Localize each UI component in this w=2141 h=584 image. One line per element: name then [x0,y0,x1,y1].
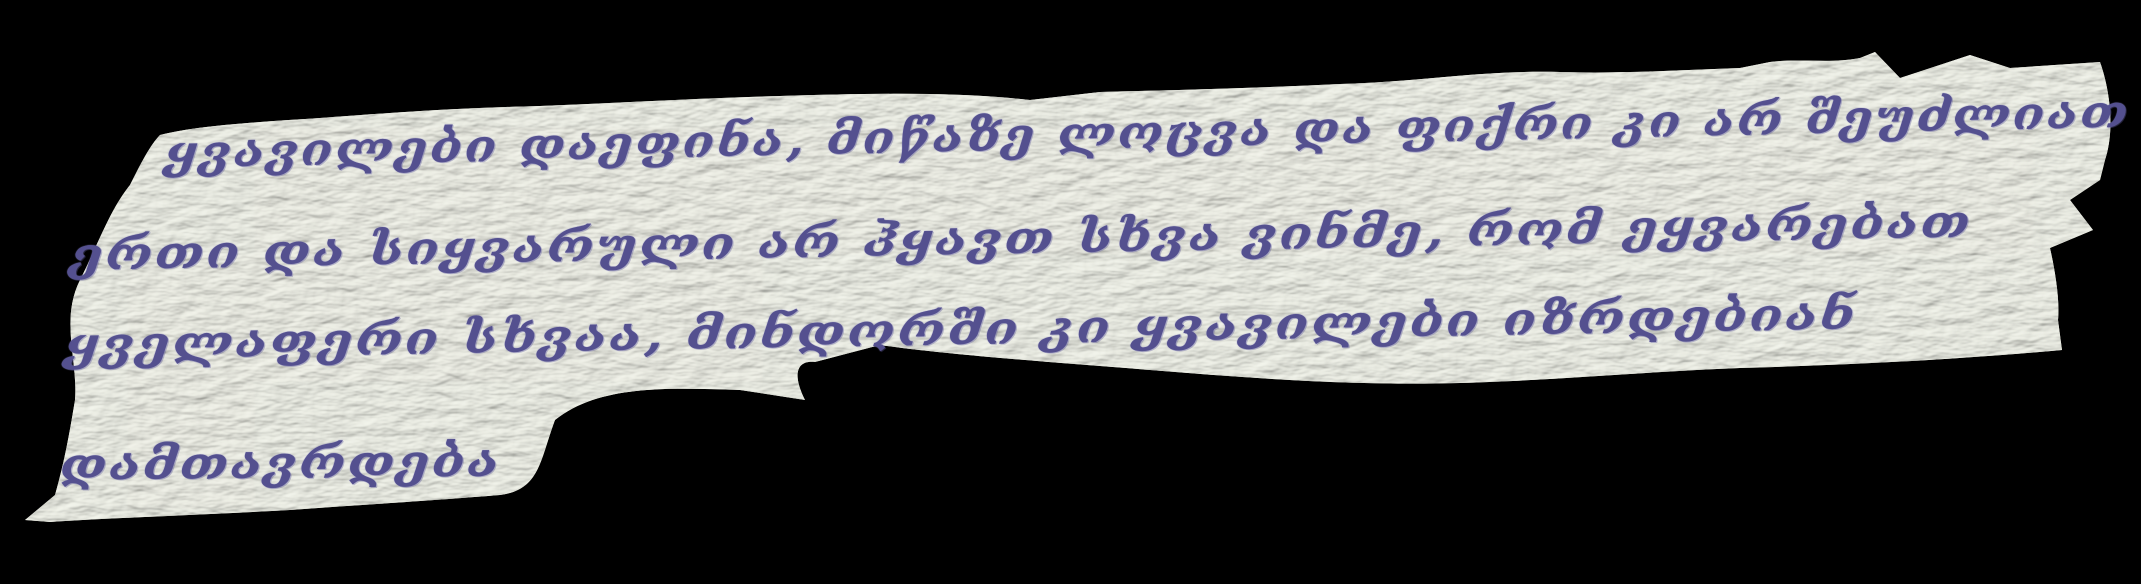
black-background: ყვავილები დაეფინა, მიწაზე ლოცვა და ფიქრი… [0,0,2141,584]
handwritten-line-1: ყვავილები დაეფინა, მიწაზე ლოცვა და ფიქრი… [164,87,2130,179]
handwritten-line-3: ყველაფერი სხვაა, მინდორში კი ყვავილები ი… [65,289,1858,371]
handwritten-line-4: დამთავრდება [60,436,502,491]
handwritten-text-block: ყვავილები დაეფინა, მიწაზე ლოცვა და ფიქრი… [0,0,2141,584]
handwritten-line-2: ერთი და სიყვარული არ ჰყავთ სხვა ვინმე, რ… [70,197,1973,281]
